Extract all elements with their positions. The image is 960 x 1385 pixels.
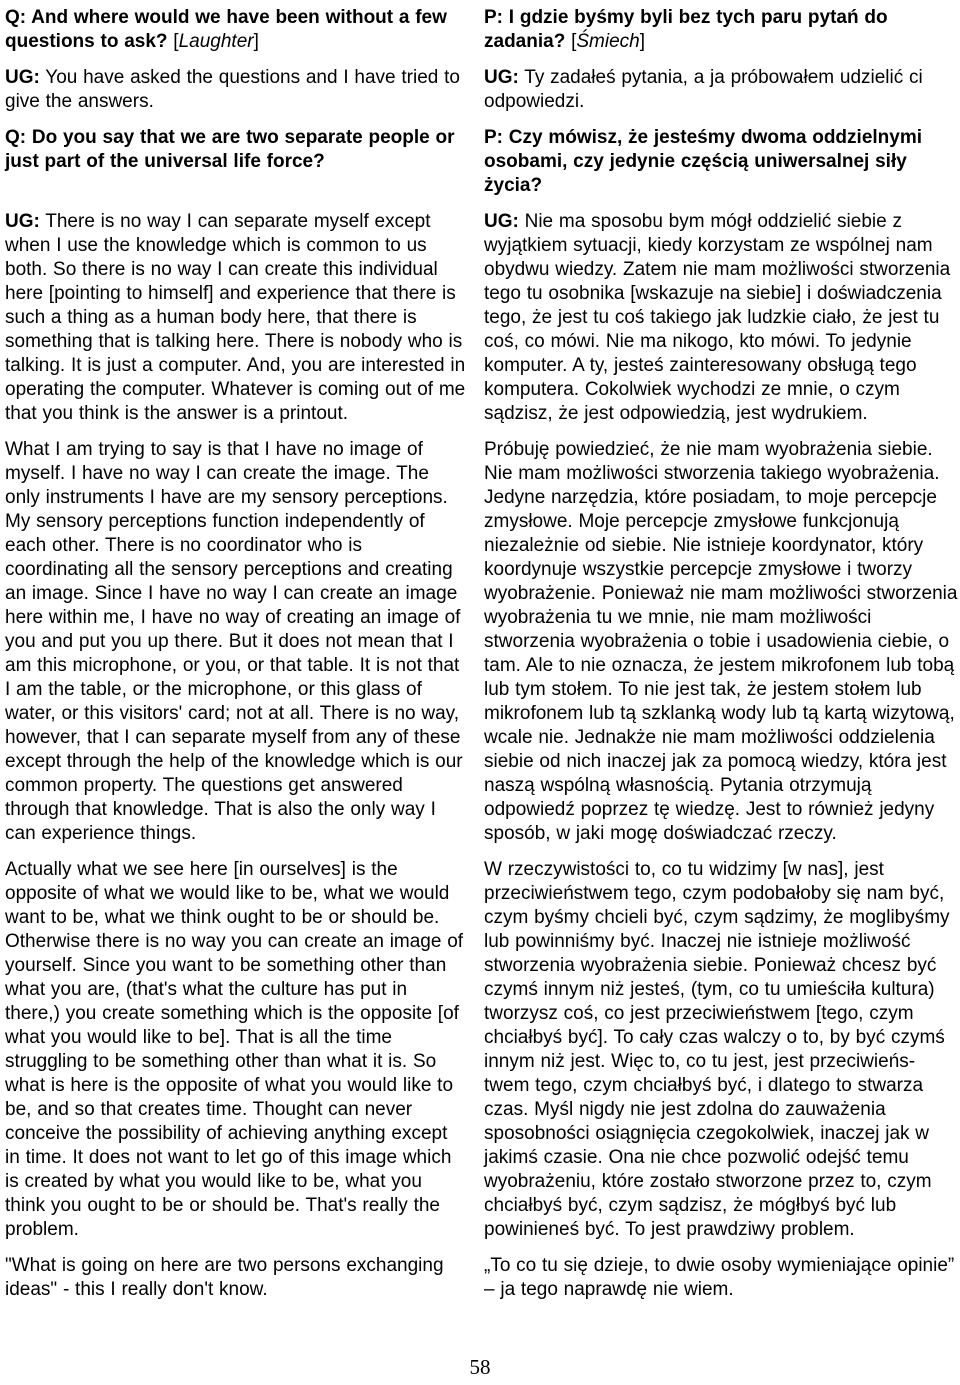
text-segment: ] [254, 31, 259, 52]
paragraph-row-1: Q: And where would we have been without … [5, 6, 958, 54]
text-segment: [ [565, 31, 576, 52]
paragraph-row-3: Q: Do you say that we are two separate p… [5, 126, 958, 198]
text-segment: Q: Do you say that we are two separate p… [5, 127, 455, 172]
en-paragraph: Actually what we see here [in ourselves]… [5, 858, 484, 1242]
text-segment: UG: [5, 211, 40, 232]
pl-paragraph: „To co tu się dzieje, to dwie osoby wymi… [484, 1254, 958, 1302]
en-paragraph: Q: Do you say that we are two separate p… [5, 126, 484, 174]
document-page: Q: And where would we have been without … [0, 0, 960, 1385]
pl-paragraph: UG: Ty zadałeś pytania, a ja próbowałem … [484, 66, 958, 114]
text-segment: UG: [484, 211, 519, 232]
text-segment: P: I gdzie byśmy byli bez tych paru pyta… [484, 7, 888, 52]
content-rows: Q: And where would we have been without … [5, 6, 958, 1302]
en-paragraph: UG: There is no way I can separate mysel… [5, 210, 484, 426]
pl-paragraph: P: I gdzie byśmy byli bez tych paru pyta… [484, 6, 958, 54]
paragraph-row-4: UG: There is no way I can separate mysel… [5, 210, 958, 426]
text-segment: Nie ma sposobu bym mógł oddzielić siebie… [484, 211, 950, 424]
paragraph-row-7: "What is going on here are two persons e… [5, 1254, 958, 1302]
text-segment: UG: [484, 67, 519, 88]
paragraph-row-2: UG: You have asked the questions and I h… [5, 66, 958, 114]
en-paragraph: Q: And where would we have been without … [5, 6, 484, 54]
paragraph-row-5: What I am trying to say is that I have n… [5, 438, 958, 846]
text-segment: There is no way I can separate myself ex… [5, 211, 465, 424]
text-segment: Actually what we see here [in ourselves]… [5, 859, 463, 1240]
text-segment: "What is going on here are two persons e… [5, 1255, 444, 1300]
text-segment: „To co tu się dzieje, to dwie osoby wymi… [484, 1255, 954, 1300]
en-paragraph: What I am trying to say is that I have n… [5, 438, 484, 846]
text-segment: What I am trying to say is that I have n… [5, 439, 463, 844]
pl-paragraph: Próbuję powiedzieć, że nie mam wyobrażen… [484, 438, 958, 846]
page-number: 58 [0, 1355, 960, 1379]
text-segment: Ty zadałeś pytania, a ja próbowałem udzi… [484, 67, 923, 112]
text-segment: Próbuję powiedzieć, że nie mam wyobrażen… [484, 439, 957, 844]
text-segment: [ [168, 31, 179, 52]
pl-paragraph: W rzeczywistości to, co tu widzimy [w na… [484, 858, 958, 1242]
text-segment: ] [640, 31, 645, 52]
paragraph-row-6: Actually what we see here [in ourselves]… [5, 858, 958, 1242]
en-paragraph: UG: You have asked the questions and I h… [5, 66, 484, 114]
en-paragraph: "What is going on here are two persons e… [5, 1254, 484, 1302]
pl-paragraph: UG: Nie ma sposobu bym mógł oddzielić si… [484, 210, 958, 426]
text-segment: Śmiech [576, 31, 639, 52]
text-segment: Laughter [179, 31, 254, 52]
text-segment: P: Czy mówisz, że jesteśmy dwoma oddziel… [484, 127, 922, 196]
text-segment: You have asked the questions and I have … [5, 67, 460, 112]
text-segment: UG: [5, 67, 40, 88]
pl-paragraph: P: Czy mówisz, że jesteśmy dwoma oddziel… [484, 126, 958, 198]
text-segment: W rzeczywistości to, co tu widzimy [w na… [484, 859, 950, 1240]
